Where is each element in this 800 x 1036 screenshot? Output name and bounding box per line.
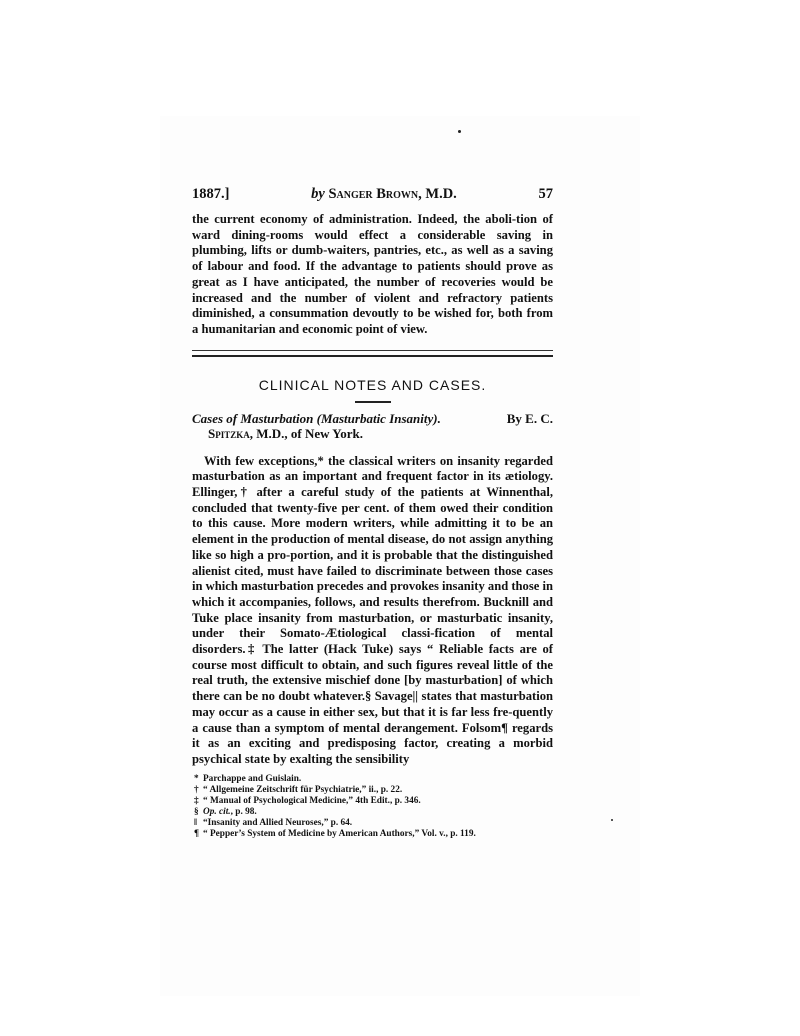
- article-heading-line: Cases of Masturbation (Masturbatic Insan…: [192, 411, 553, 427]
- footnote-text: , p. 98.: [231, 807, 257, 817]
- footnote: †“ Allgemeine Zeitschrift für Psychiatri…: [194, 785, 553, 796]
- footnote-text: “Insanity and Allied Neuroses,” p. 64.: [203, 818, 352, 829]
- running-head-author-name: Sanger Brown, M.D.: [328, 186, 456, 202]
- intro-paragraph: the current economy of administration. I…: [192, 212, 553, 338]
- scan-speck: [458, 130, 461, 133]
- footnote-mark: *: [194, 774, 203, 785]
- footnote-mark: §: [194, 807, 203, 818]
- scan-speck: [611, 819, 613, 821]
- footnote: ¶“ Pepper’s System of Medicine by Americ…: [194, 829, 553, 840]
- footnote-text: Parchappe and Guislain.: [203, 774, 301, 785]
- page-number: 57: [538, 186, 553, 203]
- article-by: By E. C.: [507, 411, 553, 427]
- footnote: ‡“ Manual of Psychological Medicine,” 4t…: [194, 796, 553, 807]
- running-head-author: by Sanger Brown, M.D.: [311, 186, 457, 203]
- article-author: Spitzka: [208, 426, 250, 441]
- footnote-text: “ Manual of Psychological Medicine,” 4th…: [203, 796, 421, 807]
- footnote-text: “ Pepper’s System of Medicine by America…: [203, 829, 476, 840]
- footnote-text: “ Allgemeine Zeitschrift für Psychiatrie…: [203, 785, 402, 796]
- article-body: With few exceptions,* the classical writ…: [192, 454, 553, 768]
- article-author-suffix: , M.D., of New York.: [250, 426, 363, 441]
- section-divider: [192, 350, 553, 357]
- footnote-mark: ‖: [194, 818, 203, 829]
- footnote-mark: ¶: [194, 829, 203, 840]
- running-head-by: by: [311, 186, 325, 202]
- title-underline: [355, 401, 391, 403]
- footnote-italic: Op. cit.: [203, 807, 231, 817]
- footnote-mark: †: [194, 785, 203, 796]
- footnote: ‖“Insanity and Allied Neuroses,” p. 64.: [194, 818, 553, 829]
- article-byline: Spitzka, M.D., of New York.: [192, 426, 553, 442]
- footnote: §Op. cit., p. 98.: [194, 807, 553, 818]
- text-column: 1887.] by Sanger Brown, M.D. 57 the curr…: [192, 186, 553, 840]
- running-head: 1887.] by Sanger Brown, M.D. 57: [192, 186, 553, 203]
- running-head-year: 1887.]: [192, 186, 229, 203]
- footnote: *Parchappe and Guislain.: [194, 774, 553, 785]
- article-heading: Cases of Masturbation (Masturbatic Insan…: [192, 411, 553, 442]
- footnote-mark: ‡: [194, 796, 203, 807]
- article-title: Cases of Masturbation (Masturbatic Insan…: [192, 411, 441, 427]
- footnotes: *Parchappe and Guislain. †“ Allgemeine Z…: [192, 774, 553, 840]
- section-title: CLINICAL NOTES AND CASES.: [192, 377, 553, 393]
